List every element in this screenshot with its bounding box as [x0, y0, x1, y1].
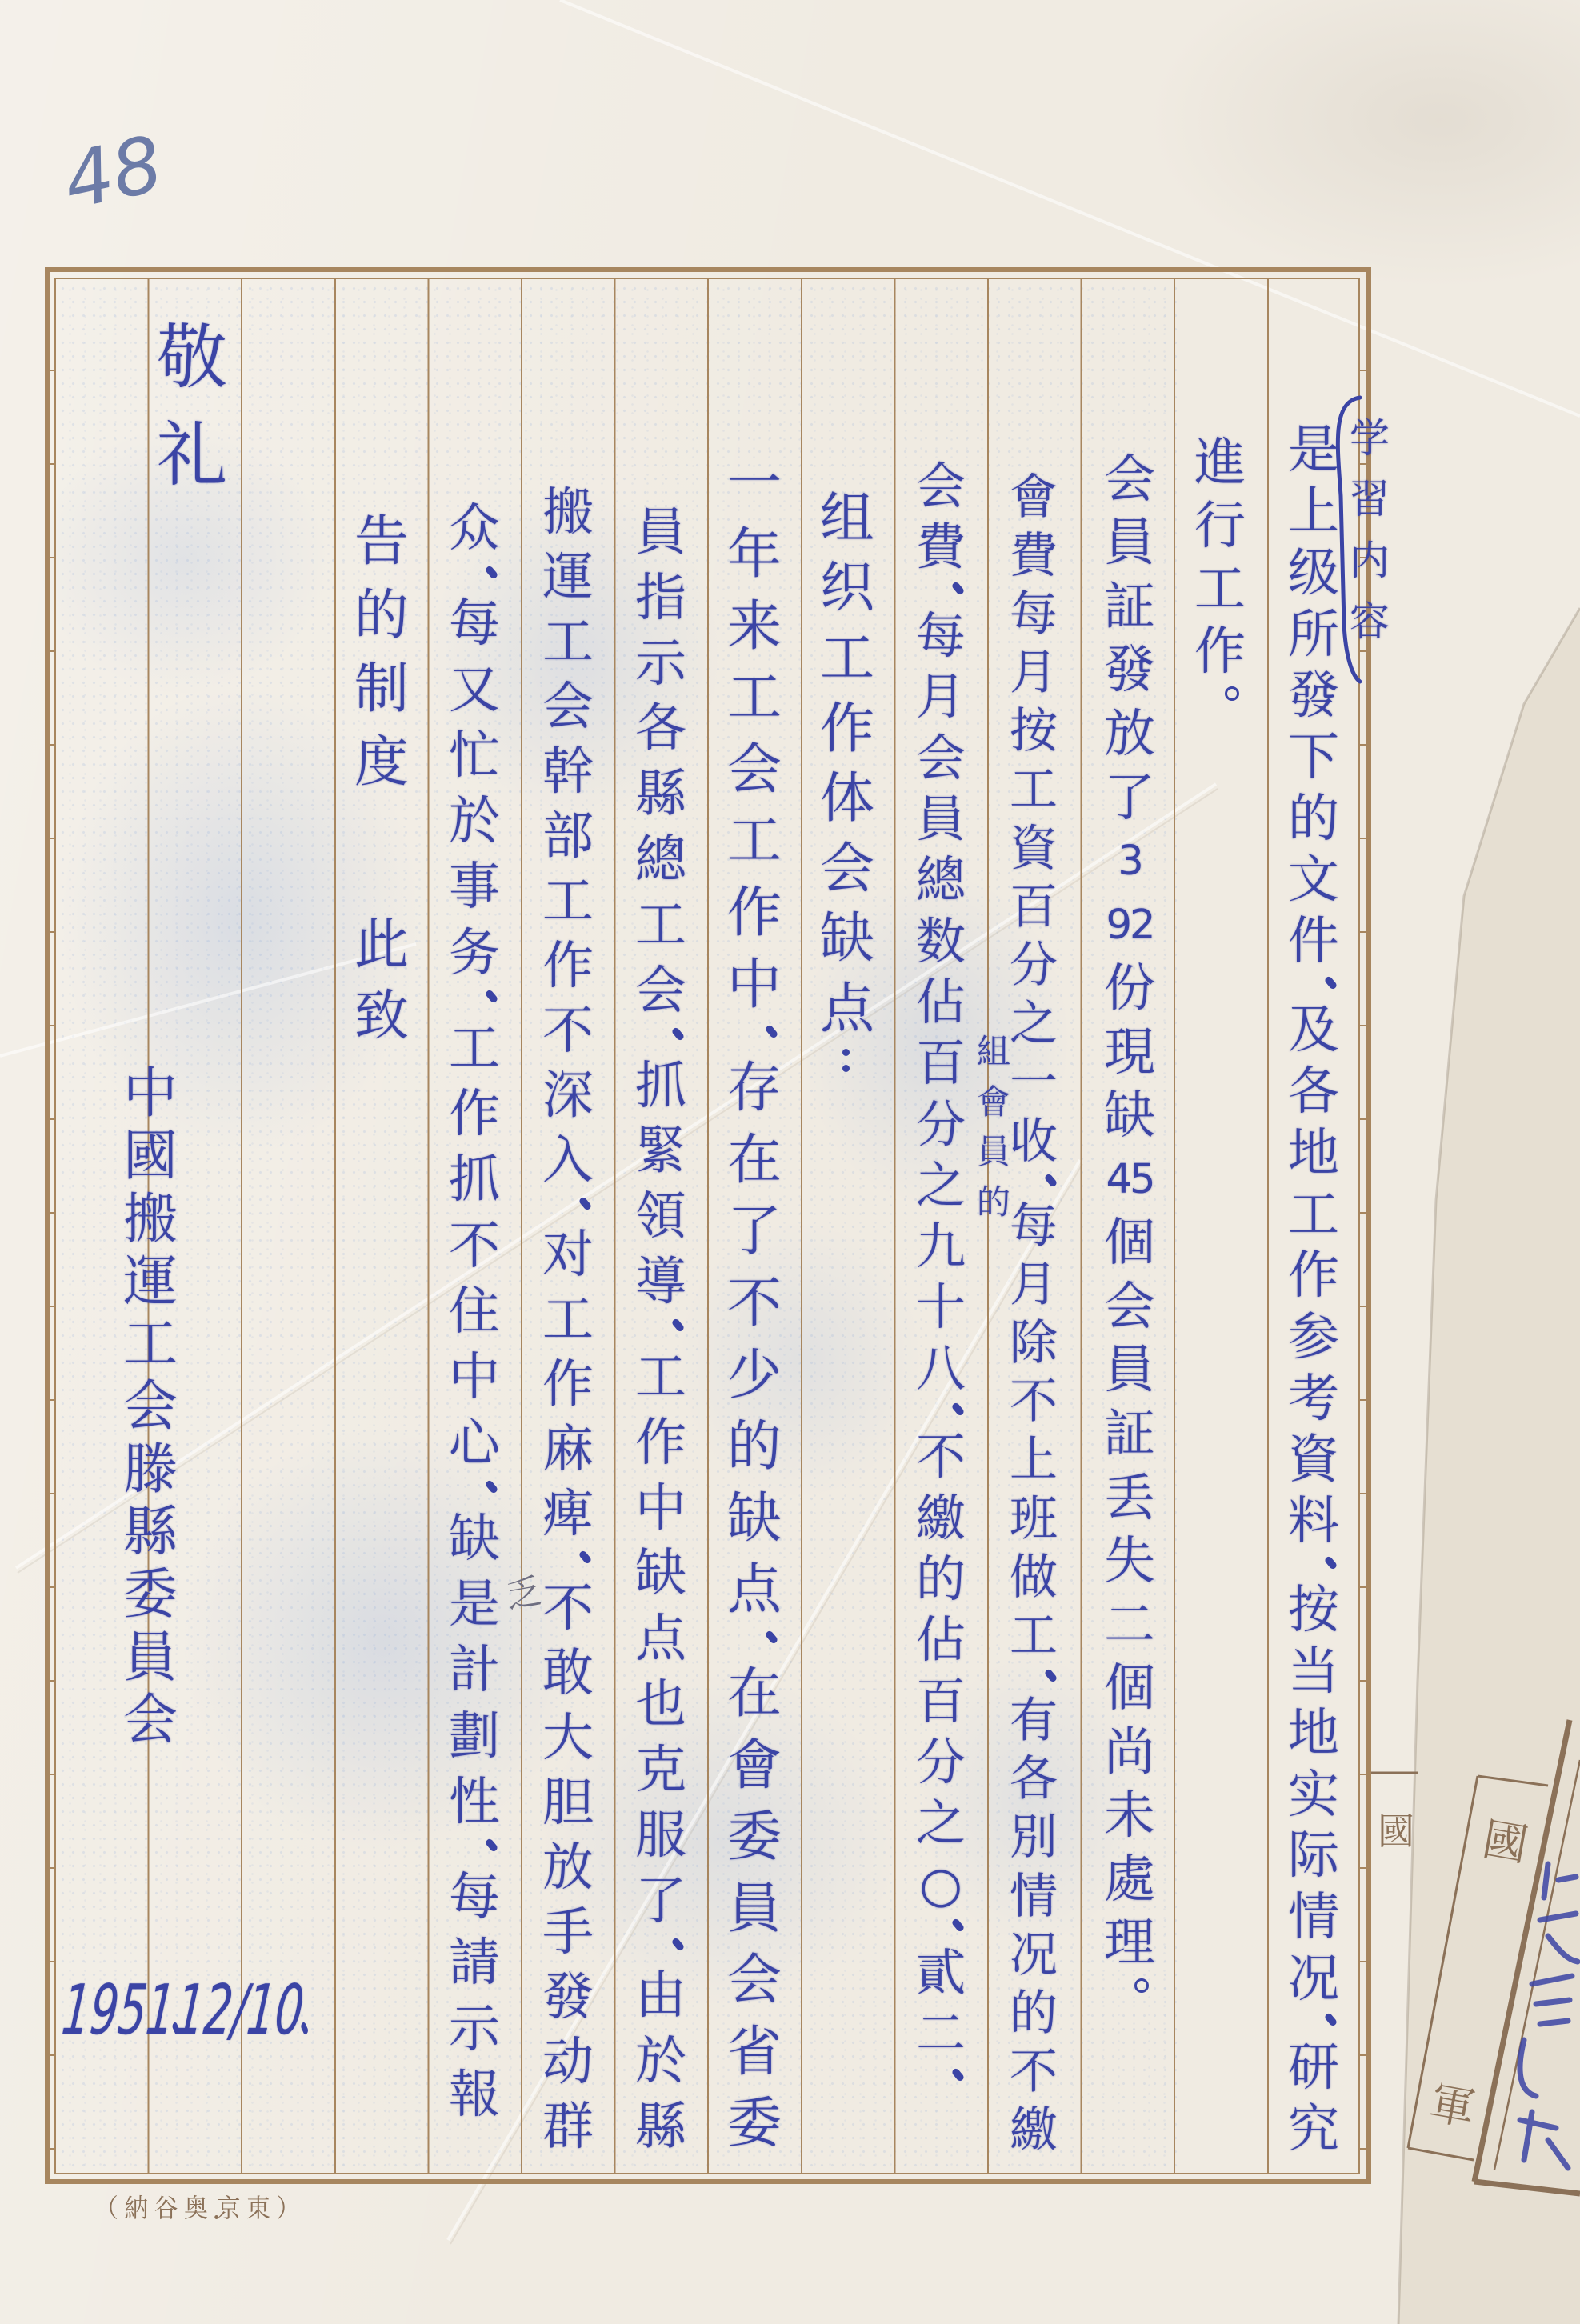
- text-column-6: 组织工作体会缺点：: [807, 484, 887, 1076]
- handwritten-glyph: 員: [974, 1127, 1014, 1178]
- punctuation-mark: 、: [434, 1477, 514, 1506]
- handwritten-glyph: 由: [621, 1963, 701, 2029]
- handwritten-glyph: 工: [994, 761, 1074, 819]
- printed-margin-char: 國: [1378, 1810, 1414, 1853]
- handwritten-glyph: 大: [528, 1706, 608, 1770]
- handwritten-glyph: 中: [621, 1476, 701, 1542]
- handwritten-glyph: 委: [110, 1564, 190, 1626]
- interlinear-insertion: 組會員的: [974, 1027, 1014, 1227]
- handwritten-glyph: 工: [110, 1314, 190, 1376]
- handwritten-glyph: 縣: [621, 762, 701, 827]
- handwritten-glyph: 委: [714, 1802, 794, 1874]
- handwritten-glyph: 敬: [144, 309, 240, 406]
- handwritten-glyph: 点: [807, 974, 887, 1045]
- handwritten-glyph: 的: [1274, 788, 1354, 850]
- handwritten-glyph: 了: [1090, 766, 1170, 830]
- handwritten-glyph: 工: [994, 1606, 1074, 1665]
- handwritten-glyph: 幹: [528, 739, 608, 804]
- handwritten-glyph: 缺: [714, 1483, 794, 1555]
- punctuation-mark: 、: [901, 1399, 981, 1426]
- punctuation-mark: 。: [1180, 684, 1260, 712]
- glyph: 奥: [184, 2195, 214, 2221]
- printed-stamp-char: 軍: [1426, 2078, 1478, 2137]
- glyph: 京: [217, 2195, 246, 2221]
- handwritten-glyph: 員: [901, 789, 981, 850]
- handwritten-glyph: 各: [1274, 1062, 1354, 1123]
- handwritten-glyph: 参: [1274, 1307, 1354, 1369]
- handwritten-glyph: 現: [1090, 1021, 1170, 1085]
- text-column-4: 會費每月按工資百分之一收、每月除不上班做工、有各別情况的不繳: [994, 468, 1074, 2160]
- handwritten-glyph: 運: [110, 1251, 190, 1314]
- handwritten-glyph: 二: [901, 2003, 981, 2064]
- handwritten-glyph: 群: [528, 2095, 608, 2160]
- closing-salutation-1: 此致: [342, 910, 422, 1052]
- punctuation-mark: 、: [434, 562, 514, 591]
- handwritten-glyph: 搬: [528, 480, 608, 545]
- handwritten-glyph: 作: [528, 1353, 608, 1418]
- handwritten-glyph: 致: [342, 981, 422, 1052]
- punctuation-mark: 、: [528, 1194, 608, 1222]
- handwritten-glyph: 縣: [621, 2094, 701, 2160]
- handwritten-glyph: 作: [621, 1410, 701, 1476]
- handwritten-glyph: 在: [714, 1658, 794, 1730]
- handwritten-glyph: 麻: [528, 1418, 608, 1482]
- text-column-7: 一年来工会工作中、存在了不少的缺点、在會委員会省委: [714, 448, 794, 2160]
- punctuation-mark: 、: [901, 1915, 981, 1942]
- punctuation-mark: 、: [621, 1934, 701, 1964]
- handwritten-glyph: ○: [901, 1854, 981, 1914]
- handwritten-glyph: 每: [994, 585, 1074, 643]
- handwritten-glyph: 会: [528, 674, 608, 739]
- handwritten-glyph: 会: [1090, 448, 1170, 512]
- handwritten-glyph: 地: [1274, 1702, 1354, 1764]
- handwritten-glyph: 分: [994, 936, 1074, 994]
- handwritten-glyph: 員: [621, 500, 701, 566]
- handwritten-glyph: 之: [901, 1155, 981, 1216]
- handwritten-glyph: 縣: [110, 1502, 190, 1564]
- handwritten-glyph: 的: [342, 579, 422, 653]
- handwritten-glyph: 別: [994, 1809, 1074, 1867]
- handwritten-glyph: 請: [434, 1930, 514, 1996]
- handwritten-glyph: 分: [901, 1732, 981, 1793]
- punctuation-mark: 、: [1274, 1552, 1354, 1580]
- handwritten-glyph: 不: [994, 1373, 1074, 1431]
- punctuation-mark: 、: [301, 2028, 303, 2036]
- glyph: ）: [276, 2195, 306, 2221]
- handwritten-glyph: 會: [994, 468, 1074, 526]
- handwritten-glyph: 做: [994, 1548, 1074, 1606]
- handwritten-glyph: 於: [434, 789, 514, 854]
- margin-annotation: 学習内容: [1349, 408, 1390, 652]
- handwritten-glyph: 在: [714, 1125, 794, 1197]
- handwritten-glyph: 份: [1090, 957, 1170, 1021]
- handwritten-glyph: 级: [1274, 542, 1354, 604]
- handwritten-glyph: 事: [434, 854, 514, 920]
- punctuation-mark: 。: [1090, 1975, 1170, 2004]
- handwritten-glyph: 丢: [1090, 1466, 1170, 1530]
- handwritten-glyph: 又: [434, 658, 514, 723]
- handwritten-glyph: 缺: [1090, 1085, 1170, 1149]
- handwritten-glyph: 按: [994, 702, 1074, 761]
- handwritten-glyph: 工: [807, 624, 887, 694]
- handwritten-glyph: 也: [621, 1672, 701, 1738]
- handwritten-glyph: 组: [807, 484, 887, 554]
- text-column-2: 進行工作。: [1180, 432, 1260, 712]
- handwritten-glyph: 痺: [528, 1482, 608, 1547]
- handwritten-glyph: 作: [807, 694, 887, 765]
- punctuation-mark: ：: [807, 1045, 887, 1076]
- text-column-8: 員指示各縣總工会、抓緊領導、工作中缺点也克服了、由於縣: [621, 500, 701, 2160]
- handwritten-glyph: 委: [714, 2088, 794, 2160]
- handwritten-glyph: 数: [901, 910, 981, 971]
- handwritten-glyph: 抓: [434, 1147, 514, 1213]
- left-margin-ticks: [49, 278, 56, 2174]
- handwritten-glyph: 按: [1274, 1580, 1354, 1642]
- handwritten-glyph: 費: [901, 517, 981, 578]
- handwritten-glyph: 此: [342, 910, 422, 981]
- handwritten-glyph: 總: [901, 850, 981, 910]
- handwritten-glyph: 九: [901, 1216, 981, 1277]
- punctuation-mark: 、: [994, 1666, 1074, 1692]
- handwritten-glyph: 会: [1090, 1275, 1170, 1339]
- punctuation-mark: 、: [714, 1626, 794, 1658]
- handwritten-glyph: 手: [528, 1901, 608, 1966]
- handwritten-glyph: 所: [1274, 604, 1354, 666]
- handwritten-glyph: 工: [714, 663, 794, 735]
- handwritten-glyph: 個: [1090, 1212, 1170, 1276]
- handwritten-glyph: 件: [1274, 911, 1354, 973]
- handwritten-glyph: 缺: [434, 1506, 514, 1572]
- handwritten-glyph: 十: [901, 1277, 981, 1338]
- handwritten-glyph: 月: [994, 644, 1074, 702]
- handwritten-glyph: 性: [434, 1770, 514, 1835]
- handwritten-glyph: 會: [714, 1730, 794, 1802]
- handwritten-glyph: 發: [1274, 666, 1354, 727]
- glyph: 東: [246, 2195, 276, 2221]
- handwritten-glyph: 心: [434, 1410, 514, 1476]
- handwritten-glyph: 未: [1090, 1785, 1170, 1849]
- handwritten-glyph: 每: [434, 1865, 514, 1930]
- handwritten-glyph: 員: [110, 1626, 190, 1689]
- handwritten-glyph: 45: [1090, 1148, 1170, 1212]
- handwritten-glyph: 中: [714, 950, 794, 1022]
- glyph: 谷: [154, 2195, 184, 2221]
- handwritten-glyph: 上: [1274, 482, 1354, 543]
- handwritten-glyph: 百: [994, 878, 1074, 936]
- handwritten-glyph: 滕: [110, 1439, 190, 1502]
- handwritten-glyph: 动: [528, 2030, 608, 2095]
- handwritten-glyph: 制: [342, 653, 422, 726]
- handwritten-glyph: 報: [434, 2062, 514, 2128]
- handwritten-glyph: 工: [528, 869, 608, 934]
- text-column-1: 是上级所發下的文件、及各地工作参考資料、按当地实际情况、研究: [1274, 420, 1354, 2160]
- handwritten-glyph: 工: [621, 1345, 701, 1410]
- handwritten-glyph: 不: [901, 1426, 981, 1487]
- handwritten-glyph: 示: [434, 1996, 514, 2062]
- handwritten-glyph: 處: [1090, 1848, 1170, 1912]
- handwritten-glyph: 会: [807, 834, 887, 905]
- handwritten-glyph: 情: [994, 1867, 1074, 1926]
- printed-stamp-char: 國: [1478, 1814, 1531, 1873]
- handwritten-glyph: 情: [1274, 1887, 1354, 1949]
- handwritten-glyph: 点: [714, 1554, 794, 1626]
- handwritten-glyph: 百: [901, 1670, 981, 1731]
- handwritten-glyph: 克: [621, 1738, 701, 1803]
- punctuation-mark: 、: [1274, 972, 1354, 1000]
- handwritten-glyph: 中: [110, 1063, 190, 1126]
- handwritten-glyph: 会: [901, 456, 981, 517]
- handwritten-glyph: 導: [621, 1250, 701, 1315]
- handwritten-glyph: 缺: [621, 1541, 701, 1606]
- handwritten-glyph: 習: [1349, 469, 1390, 530]
- handwritten-glyph: 了: [714, 1197, 794, 1269]
- handwritten-glyph: 作: [528, 934, 608, 999]
- handwritten-glyph: 的: [994, 1984, 1074, 2042]
- handwritten-glyph: 体: [807, 764, 887, 834]
- handwritten-glyph: 發: [528, 1966, 608, 2030]
- handwritten-glyph: 作: [1274, 1246, 1354, 1307]
- handwritten-glyph: 尚: [1090, 1721, 1170, 1785]
- glyph: （: [94, 2195, 124, 2221]
- handwritten-glyph: 忙: [434, 723, 514, 789]
- handwritten-glyph: 放: [528, 1836, 608, 1901]
- handwritten-glyph: 来: [714, 591, 794, 663]
- handwritten-glyph: 了: [621, 1869, 701, 1934]
- handwritten-glyph: 抓: [621, 1054, 701, 1119]
- handwritten-glyph: 缺: [807, 904, 887, 974]
- handwritten-glyph: 当: [1274, 1642, 1354, 1703]
- text-column-11: 告的制度: [342, 506, 422, 800]
- handwritten-glyph: 不: [994, 2043, 1074, 2102]
- handwritten-glyph: 佔: [901, 972, 981, 1033]
- handwritten-glyph: 失: [1090, 1530, 1170, 1594]
- handwritten-glyph: 部: [528, 804, 608, 869]
- handwritten-glyph: 敢: [528, 1641, 608, 1706]
- handwritten-glyph: 運: [528, 545, 608, 610]
- signature: 中國搬運工会滕縣委員会: [110, 1063, 190, 1752]
- scanned-handwritten-letter: 國 國 軍 48 学習内容 是上级所發下的文件、及各地工作参考資料、按当地实际情…: [0, 0, 1580, 2324]
- handwritten-glyph: 考: [1274, 1368, 1354, 1430]
- handwritten-glyph: 放: [1090, 702, 1170, 766]
- handwritten-glyph: 個: [1090, 1657, 1170, 1721]
- handwritten-glyph: 班: [994, 1490, 1074, 1548]
- handwritten-glyph: 究: [1274, 2098, 1354, 2160]
- handwritten-glyph: 会: [110, 1376, 190, 1438]
- handwritten-glyph: 每: [434, 591, 514, 657]
- handwritten-glyph: 92: [1090, 894, 1170, 958]
- handwritten-glyph: 况: [1274, 1948, 1354, 2010]
- handwritten-glyph: 容: [1349, 591, 1390, 652]
- handwritten-glyph: 少: [714, 1340, 794, 1412]
- letter-date: 1951、12/10、: [59, 1976, 308, 2045]
- handwritten-glyph: 料: [1274, 1491, 1354, 1553]
- handwritten-glyph: 年: [714, 520, 794, 592]
- handwritten-glyph: 各: [994, 1750, 1074, 1809]
- handwritten-glyph: 除: [994, 1314, 1074, 1373]
- handwritten-glyph: 國: [110, 1126, 190, 1188]
- punctuation-mark: 、: [621, 1315, 701, 1345]
- handwritten-glyph: 月: [994, 1255, 1074, 1314]
- handwritten-glyph: 存: [714, 1054, 794, 1126]
- handwritten-glyph: 示: [621, 631, 701, 697]
- handwritten-glyph: 之: [901, 1793, 981, 1854]
- handwritten-glyph: 工: [621, 893, 701, 958]
- handwritten-glyph: 會: [974, 1078, 1014, 1128]
- handwritten-glyph: 下: [1274, 727, 1354, 789]
- handwritten-glyph: 月: [901, 666, 981, 727]
- handwritten-glyph: 会: [110, 1690, 190, 1752]
- handwritten-glyph: 有: [994, 1692, 1074, 1750]
- handwritten-glyph: 会: [714, 734, 794, 806]
- handwritten-glyph: 工: [1180, 558, 1260, 621]
- handwritten-glyph: 八: [901, 1338, 981, 1399]
- handwritten-glyph: 内: [1349, 530, 1390, 591]
- handwritten-glyph: 搬: [110, 1189, 190, 1251]
- handwritten-glyph: 况: [994, 1926, 1074, 1984]
- handwritten-glyph: 胆: [528, 1771, 608, 1836]
- handwritten-glyph: 總: [621, 827, 701, 893]
- glyph: 納: [124, 2195, 154, 2221]
- handwritten-glyph: 一: [714, 448, 794, 520]
- punctuation-mark: 、: [714, 1021, 794, 1053]
- handwritten-glyph: 行: [1180, 495, 1260, 558]
- handwritten-glyph: 上: [994, 1431, 1074, 1490]
- handwritten-glyph: 3: [1090, 830, 1170, 894]
- handwritten-glyph: 入: [528, 1129, 608, 1194]
- handwritten-glyph: 作: [434, 1082, 514, 1147]
- text-column-5: 会費、每月会員總数佔百分之九十八、不繳的佔百分之○、貳二、: [901, 456, 981, 2092]
- handwritten-glyph: 証: [1090, 1402, 1170, 1466]
- handwritten-glyph: 省: [714, 2017, 794, 2089]
- handwritten-glyph: 服: [621, 1803, 701, 1869]
- punctuation-mark: 、: [901, 578, 981, 606]
- handwritten-glyph: 工: [528, 1287, 608, 1352]
- handwritten-glyph: 証: [1090, 575, 1170, 639]
- handwritten-glyph: 每: [901, 606, 981, 666]
- handwritten-glyph: 度: [342, 726, 422, 800]
- punctuation-mark: 、: [1274, 2010, 1354, 2038]
- punctuation-mark: 、: [528, 1547, 608, 1576]
- punctuation-mark: 、: [621, 1024, 701, 1054]
- handwritten-glyph: 進: [1180, 432, 1260, 495]
- handwritten-glyph: 繳: [901, 1488, 981, 1549]
- handwritten-glyph: 众: [434, 496, 514, 562]
- handwritten-glyph: 劃: [434, 1703, 514, 1769]
- handwritten-glyph: 員: [1090, 1339, 1170, 1403]
- handwritten-glyph: 会: [621, 958, 701, 1024]
- handwritten-glyph: 的: [901, 1549, 981, 1610]
- handwritten-glyph: 不: [714, 1268, 794, 1340]
- text-column-10: 众、每又忙於事务、工作抓不住中心、缺是計劃性、每請示報: [434, 496, 514, 2128]
- handwritten-glyph: 深: [528, 1064, 608, 1129]
- handwritten-glyph: 不: [434, 1214, 514, 1279]
- handwritten-glyph: 員: [714, 1874, 794, 1946]
- handwritten-glyph: 是: [1274, 420, 1354, 482]
- handwritten-glyph: 費: [994, 526, 1074, 585]
- handwritten-glyph: 工: [1274, 1184, 1354, 1246]
- closing-salutation-2: 敬礼: [144, 309, 240, 504]
- handwritten-glyph: 的: [714, 1411, 794, 1483]
- handwritten-glyph: 資: [1274, 1430, 1354, 1491]
- handwritten-glyph: 作: [714, 878, 794, 950]
- handwritten-glyph: 組: [974, 1027, 1014, 1078]
- handwritten-glyph: 於: [621, 2029, 701, 2094]
- handwritten-glyph: 理: [1090, 1912, 1170, 1976]
- handwritten-glyph: 計: [434, 1638, 514, 1703]
- handwritten-glyph: 点: [621, 1606, 701, 1672]
- handwritten-glyph: 佔: [901, 1610, 981, 1670]
- punctuation-mark: 、: [434, 986, 514, 1016]
- handwritten-glyph: 告: [342, 506, 422, 579]
- handwritten-glyph: 工: [434, 1016, 514, 1082]
- handwritten-glyph: 發: [1090, 639, 1170, 703]
- handwritten-glyph: 百: [901, 1033, 981, 1094]
- handwritten-glyph: 织: [807, 554, 887, 625]
- handwritten-glyph: 不: [528, 999, 608, 1064]
- handwritten-glyph: 住: [434, 1279, 514, 1345]
- handwritten-glyph: 会: [714, 1945, 794, 2017]
- handwritten-glyph: 实: [1274, 1764, 1354, 1826]
- handwritten-glyph: 及: [1274, 1000, 1354, 1062]
- handwritten-glyph: 繳: [994, 2102, 1074, 2160]
- handwritten-glyph: 工: [528, 610, 608, 674]
- handwritten-glyph: 礼: [144, 406, 240, 504]
- handwritten-glyph: 資: [994, 819, 1074, 878]
- handwritten-glyph: 領: [621, 1184, 701, 1250]
- handwritten-glyph: 对: [528, 1222, 608, 1287]
- printer-imprint: （納谷奥・京東）: [94, 2195, 306, 2221]
- handwritten-glyph: 指: [621, 566, 701, 631]
- handwritten-glyph: 的: [974, 1178, 1014, 1228]
- handwritten-glyph: 員: [1090, 512, 1170, 576]
- handwritten-glyph: 会: [901, 728, 981, 789]
- handwritten-glyph: 分: [901, 1094, 981, 1154]
- handwritten-glyph: 文: [1274, 850, 1354, 911]
- text-column-3: 会員証發放了392份現缺45個会員証丢失二個尚未處理。: [1090, 448, 1170, 2004]
- handwritten-glyph: 緊: [621, 1119, 701, 1185]
- handwritten-glyph: 研: [1274, 2038, 1354, 2099]
- handwritten-glyph: 貳: [901, 1942, 981, 2003]
- punctuation-mark: 、: [901, 2065, 981, 2092]
- handwritten-glyph: 工: [714, 806, 794, 878]
- handwritten-glyph: 学: [1349, 408, 1390, 469]
- handwritten-glyph: 中: [434, 1345, 514, 1410]
- text-column-9: 搬運工会幹部工作不深入、对工作麻痺、不敢大胆放手發动群: [528, 480, 608, 2160]
- handwritten-glyph: 二: [1090, 1594, 1170, 1658]
- handwritten-glyph: 各: [621, 697, 701, 762]
- punctuation-mark: 、: [434, 1835, 514, 1865]
- handwritten-glyph: 作: [1180, 621, 1260, 684]
- handwritten-glyph: 地: [1274, 1122, 1354, 1184]
- handwritten-glyph: 际: [1274, 1826, 1354, 1887]
- handwritten-glyph: 务: [434, 921, 514, 986]
